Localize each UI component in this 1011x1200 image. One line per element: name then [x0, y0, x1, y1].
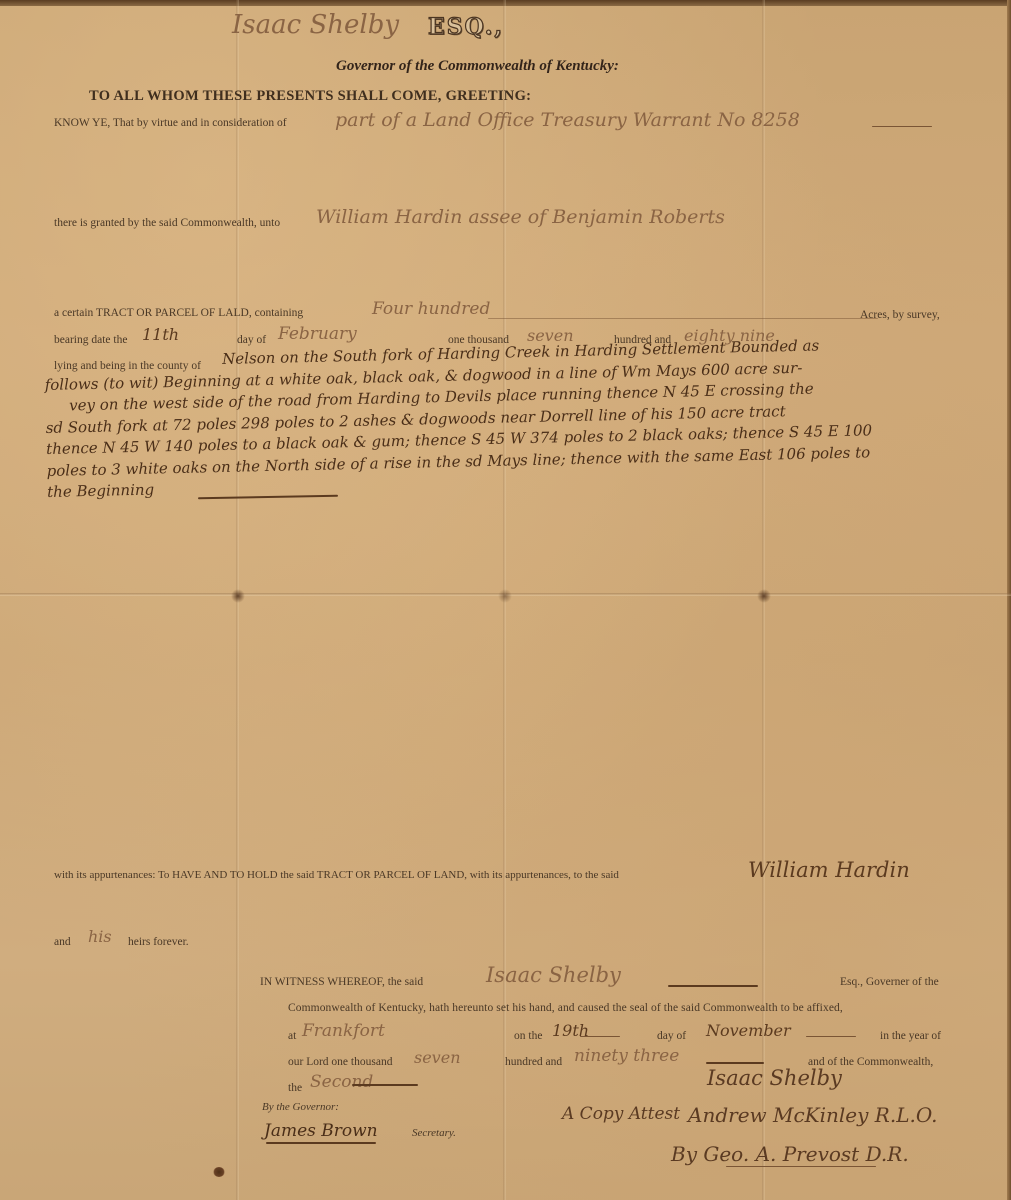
- grantee-label: there is granted by the said Commonwealt…: [54, 217, 280, 229]
- habendum-clause: with its appurtenances: To HAVE AND TO H…: [54, 869, 619, 881]
- fold-crease: [498, 589, 512, 603]
- place-handwritten: Frankfort: [302, 1021, 385, 1041]
- the-label: the: [288, 1082, 302, 1094]
- signature-flourish: [266, 1142, 376, 1144]
- warrant-handwritten: part of a Land Office Treasury Warrant N…: [335, 109, 800, 131]
- and-label: and: [54, 936, 71, 948]
- witness-century-handwritten: seven: [414, 1048, 461, 1067]
- on-the-label: on the: [514, 1030, 542, 1042]
- by-the-governor-label: By the Governor:: [262, 1101, 339, 1113]
- witness-day-handwritten: 19th: [552, 1021, 589, 1040]
- at-label: at: [288, 1030, 296, 1042]
- line-filler: [872, 126, 932, 127]
- line-filler: [806, 1036, 856, 1037]
- witness-seal-line: Commonwealth of Kentucky, hath hereunto …: [288, 1002, 843, 1014]
- habendum-grantee-handwritten: William Hardin: [748, 858, 910, 882]
- greeting-heading: TO ALL WHOM THESE PRESENTS SHALL COME, G…: [89, 88, 531, 105]
- signature-flourish: [726, 1166, 876, 1167]
- frame-edge-right: [1007, 0, 1011, 1200]
- acres-label: Acres, by survey,: [860, 309, 940, 321]
- governor-signature: Isaac Shelby: [707, 1066, 842, 1090]
- copy-attest-label: A Copy Attest: [562, 1104, 680, 1124]
- line-filler: [352, 1084, 418, 1086]
- land-grant-document: Isaac Shelby ESQ., Governor of the Commo…: [0, 0, 1011, 1200]
- witness-month-handwritten: November: [706, 1021, 791, 1040]
- esq-governer-label: Esq., Governer of the: [840, 976, 939, 988]
- grantee-handwritten: William Hardin assee of Benjamin Roberts: [316, 206, 725, 228]
- heirs-forever-label: heirs forever.: [128, 936, 189, 948]
- heirs-pronoun-handwritten: his: [88, 927, 112, 946]
- year-of-label: in the year of: [880, 1030, 941, 1042]
- survey-month-handwritten: February: [278, 324, 357, 344]
- ink-stain: [213, 1167, 225, 1177]
- witness-year-handwritten: ninety three: [574, 1046, 679, 1066]
- fold-crease: [231, 589, 245, 603]
- consideration-label: KNOW YE, That by virtue and in considera…: [54, 117, 287, 129]
- witness-governor-handwritten: Isaac Shelby: [486, 963, 621, 987]
- tract-label: a certain TRACT OR PARCEL OF LALD, conta…: [54, 307, 303, 319]
- acreage-handwritten: Four hundred: [372, 299, 490, 319]
- our-lord-label: our Lord one thousand: [288, 1056, 392, 1068]
- secretary-label: Secretary.: [412, 1127, 456, 1139]
- witness-intro: IN WITNESS WHEREOF, the said: [260, 976, 423, 988]
- governor-title: Governor of the Commonwealth of Kentucky…: [336, 58, 619, 75]
- deputy-signature: By Geo. A. Prevost D.R.: [671, 1142, 909, 1166]
- line-filler: [488, 318, 878, 319]
- governor-name-signature: Isaac Shelby: [232, 10, 399, 40]
- line-filler: [706, 1062, 764, 1064]
- secretary-signature: James Brown: [264, 1121, 378, 1141]
- day-of-label: day of: [237, 334, 266, 346]
- register-signature: Andrew McKinley R.L.O.: [688, 1103, 937, 1127]
- line-filler: [668, 985, 758, 987]
- survey-day-handwritten: 11th: [142, 325, 179, 344]
- esq-title: ESQ.,: [428, 14, 504, 40]
- line-filler: [580, 1036, 620, 1037]
- fold-crease: [757, 589, 771, 603]
- commonwealth-year-handwritten: Second: [310, 1072, 373, 1092]
- hundred-and-label: hundred and: [505, 1056, 562, 1068]
- day-of-label: day of: [657, 1030, 686, 1042]
- bearing-date-label: bearing date the: [54, 334, 127, 346]
- boundary-description: Nelson on the South fork of Harding Cree…: [44, 331, 1007, 503]
